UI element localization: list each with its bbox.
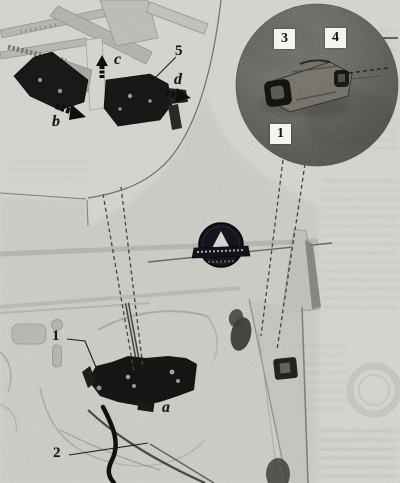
figure-artwork bbox=[0, 0, 400, 483]
scan-grain-overlay bbox=[0, 0, 400, 483]
manual-figure-canvas: 5 c d b 3 4 1 1 2 a bbox=[0, 0, 400, 483]
label-part-2-main: 2 bbox=[53, 446, 61, 461]
label-box-part-1: 1 bbox=[270, 124, 291, 144]
label-box-part-3: 3 bbox=[274, 29, 295, 49]
label-part-a: a bbox=[162, 400, 170, 416]
label-box-part-4: 4 bbox=[325, 28, 346, 48]
label-direction-b: b bbox=[52, 114, 60, 130]
label-part-1-main: 1 bbox=[52, 329, 60, 344]
label-part-5: 5 bbox=[175, 44, 183, 59]
label-direction-c: c bbox=[114, 52, 121, 68]
label-direction-d: d bbox=[174, 72, 182, 88]
